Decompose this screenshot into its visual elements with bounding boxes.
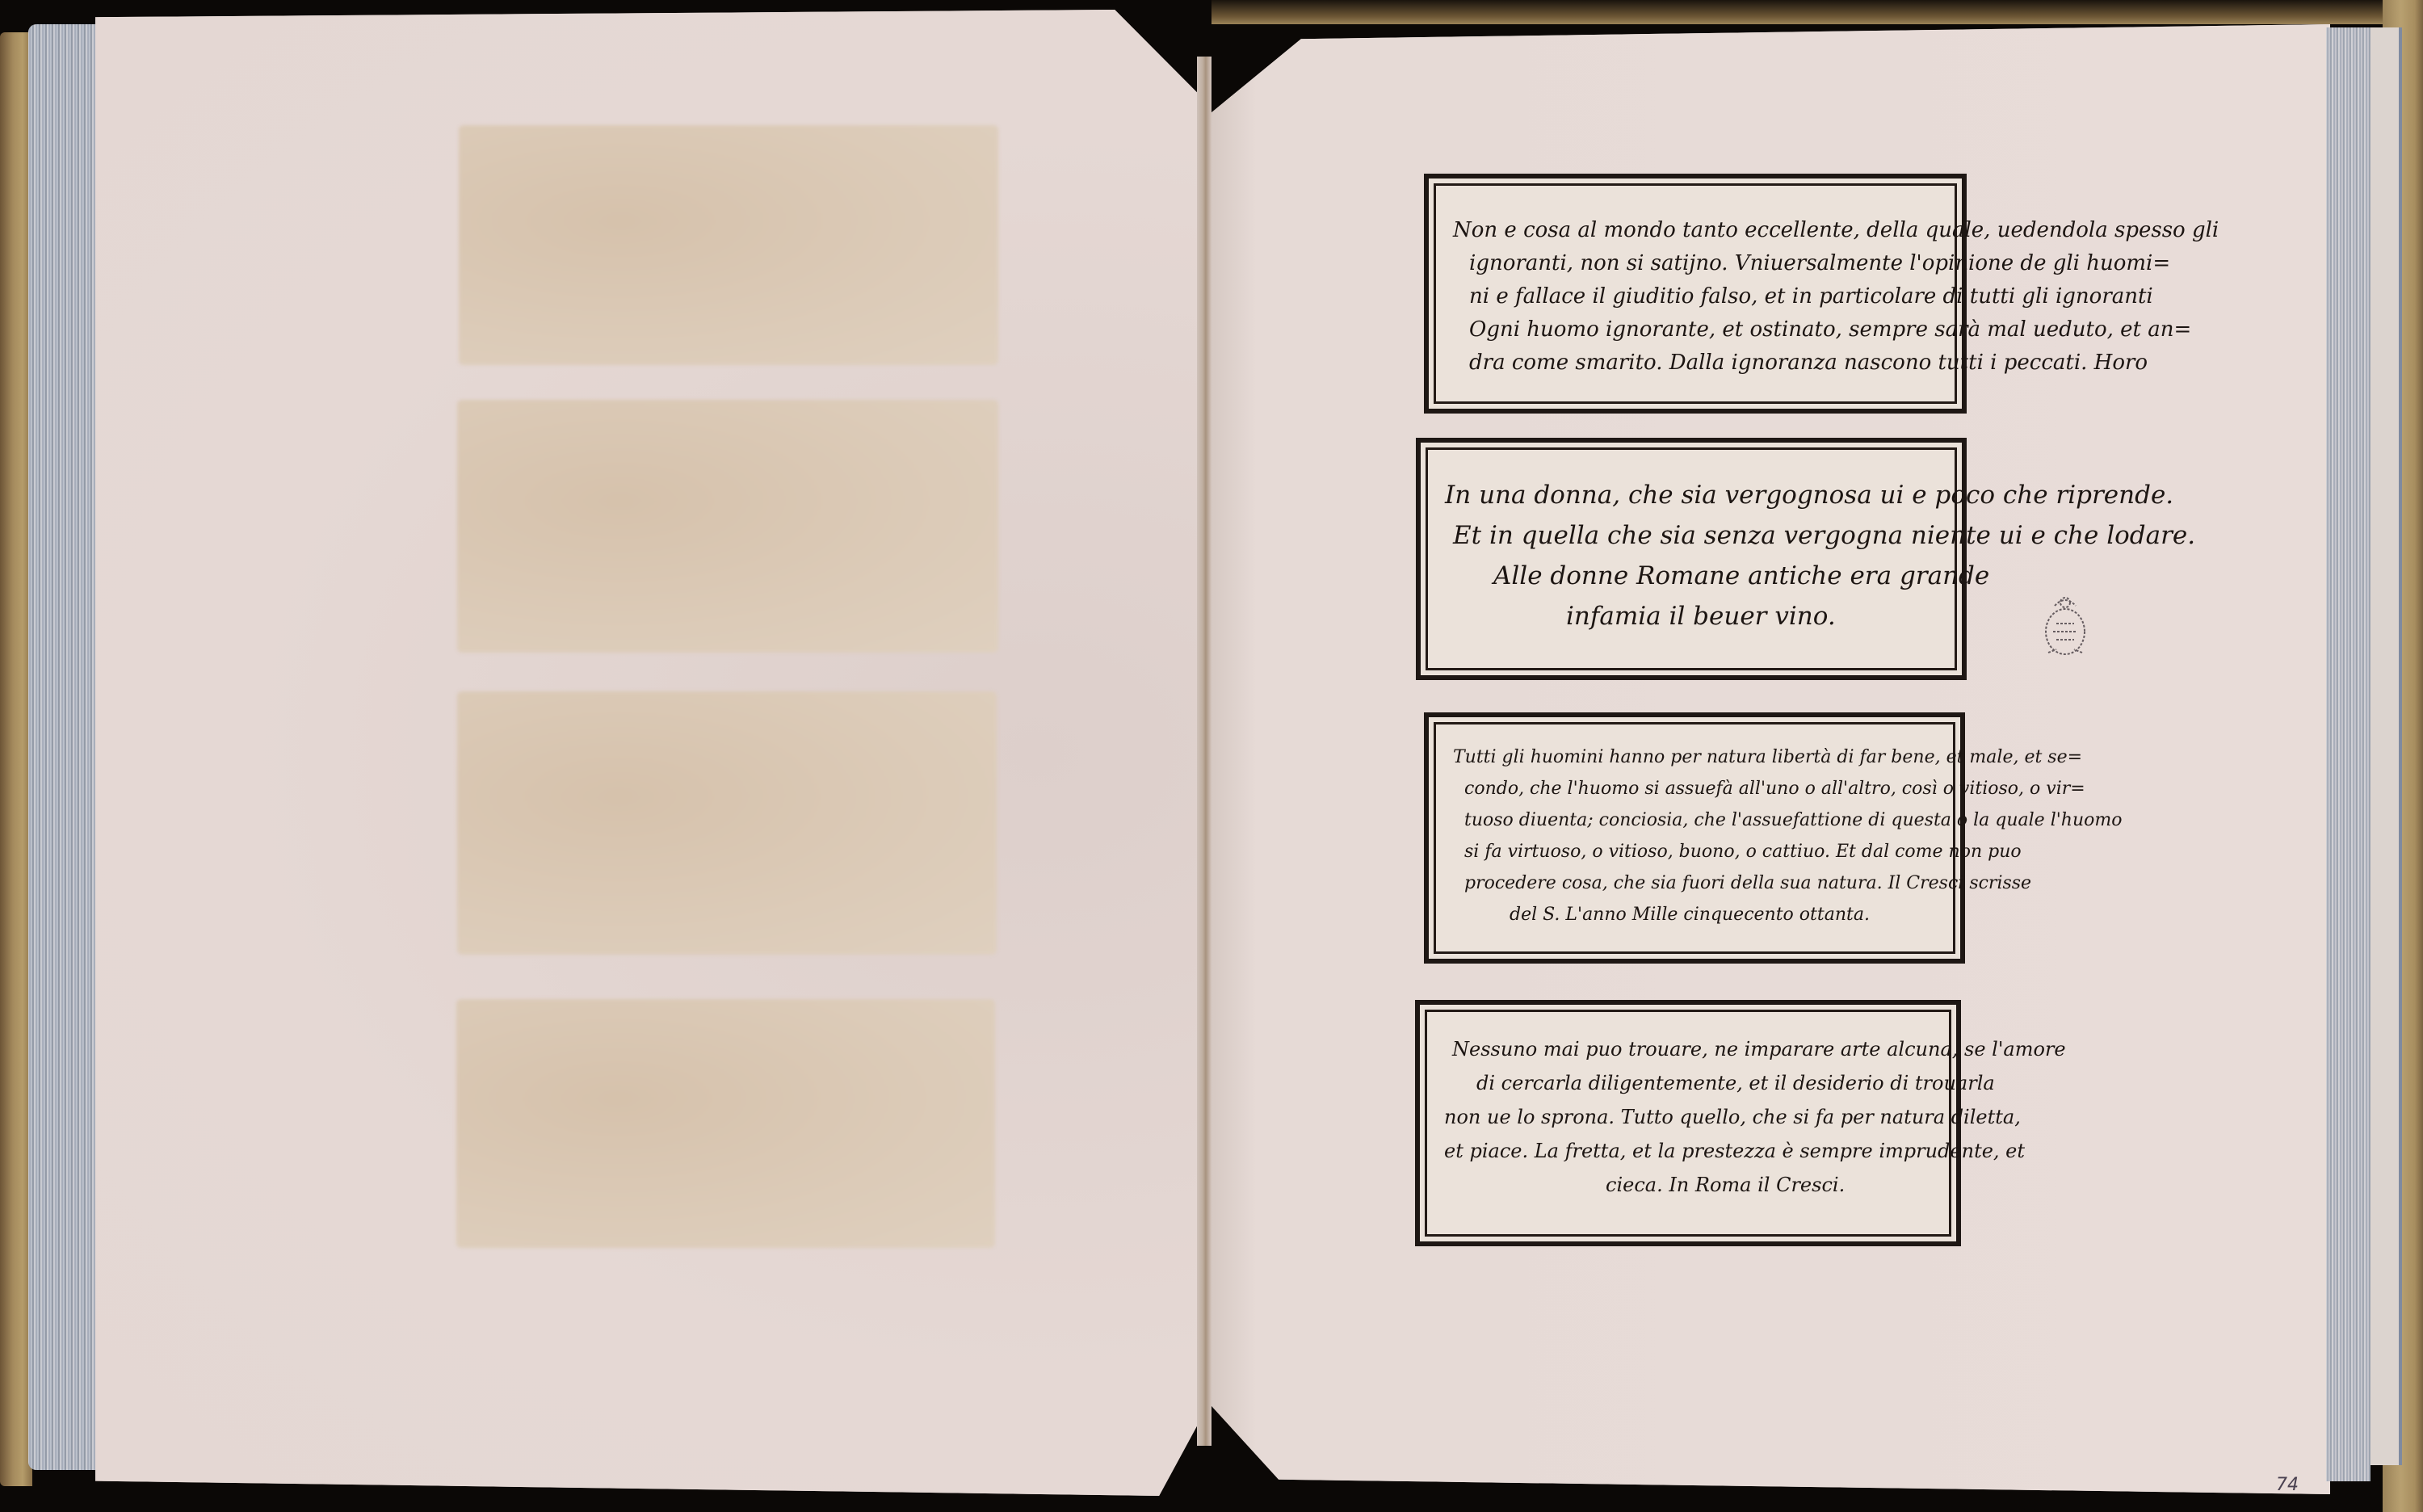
panel-line: Ogni huomo ignorante, et ostinato, sempr… <box>1453 313 1938 346</box>
panel-line: Alle donne Romane antiche era grande <box>1445 556 1938 596</box>
offset-stain-2 <box>457 400 998 653</box>
panel-line: dra come smarito. Dalla ignoranza nascon… <box>1453 346 1938 380</box>
panel-2-text: In una donna, che sia vergognosa ui e po… <box>1445 475 1938 636</box>
specimen-panel-1: Non e cosa al mondo tanto eccellente, de… <box>1424 174 1967 414</box>
library-stamp-icon <box>2037 590 2093 662</box>
offset-stain-4 <box>456 999 995 1248</box>
page-edges-right <box>2326 27 2371 1481</box>
panel-line: In una donna, che sia vergognosa ui e po… <box>1445 475 1938 515</box>
panel-line: Et in quella che sia senza vergogna nien… <box>1445 515 1938 556</box>
page-edge-tab <box>2371 27 2402 1465</box>
panel-line: condo, che l'huomo si assuefà all'uno o … <box>1453 773 1936 804</box>
panel-line: ignoranti, non si satijno. Vniuersalment… <box>1453 247 1938 280</box>
page-edges-left <box>28 24 97 1470</box>
book-cover-top <box>1211 0 2423 24</box>
panel-line: si fa virtuoso, o vitioso, buono, o catt… <box>1453 836 1936 867</box>
book-cover-left <box>0 32 32 1486</box>
offset-stain-1 <box>459 125 998 365</box>
specimen-panel-4: Nessuno mai puo trouare, ne imparare art… <box>1415 1000 1961 1246</box>
panel-1-text: Non e cosa al mondo tanto eccellente, de… <box>1453 214 1938 380</box>
panel-line: Non e cosa al mondo tanto eccellente, de… <box>1453 214 1938 247</box>
panel-3-text: Tutti gli huomini hanno per natura liber… <box>1453 741 1936 930</box>
panel-line: Nessuno mai puo trouare, ne imparare art… <box>1444 1032 1932 1066</box>
panel-line: et piace. La fretta, et la prestezza è s… <box>1444 1134 1932 1168</box>
specimen-panel-3: Tutti gli huomini hanno per natura liber… <box>1424 712 1965 964</box>
panel-line: di cercarla diligentemente, et il deside… <box>1444 1066 1932 1100</box>
book-gutter <box>1197 57 1211 1446</box>
offset-stain-3 <box>457 691 997 955</box>
panel-line: infamia il beuer vino. <box>1445 596 1938 636</box>
panel-line: non ue lo sprona. Tutto quello, che si f… <box>1444 1100 1932 1134</box>
specimen-panel-2: In una donna, che sia vergognosa ui e po… <box>1416 438 1967 680</box>
panel-line: procedere cosa, che sia fuori della sua … <box>1453 867 1936 899</box>
panel-line: cieca. In Roma il Cresci. <box>1444 1168 1932 1202</box>
panel-line: del S. L'anno Mille cinquecento ottanta. <box>1453 899 1936 930</box>
page-number: 74 <box>2276 1475 2299 1495</box>
panel-line: ni e fallace il giuditio falso, et in pa… <box>1453 280 1938 313</box>
panel-4-text: Nessuno mai puo trouare, ne imparare art… <box>1444 1032 1932 1202</box>
panel-line: Tutti gli huomini hanno per natura liber… <box>1453 741 1936 773</box>
panel-line: tuoso diuenta; conciosia, che l'assuefat… <box>1453 804 1936 836</box>
